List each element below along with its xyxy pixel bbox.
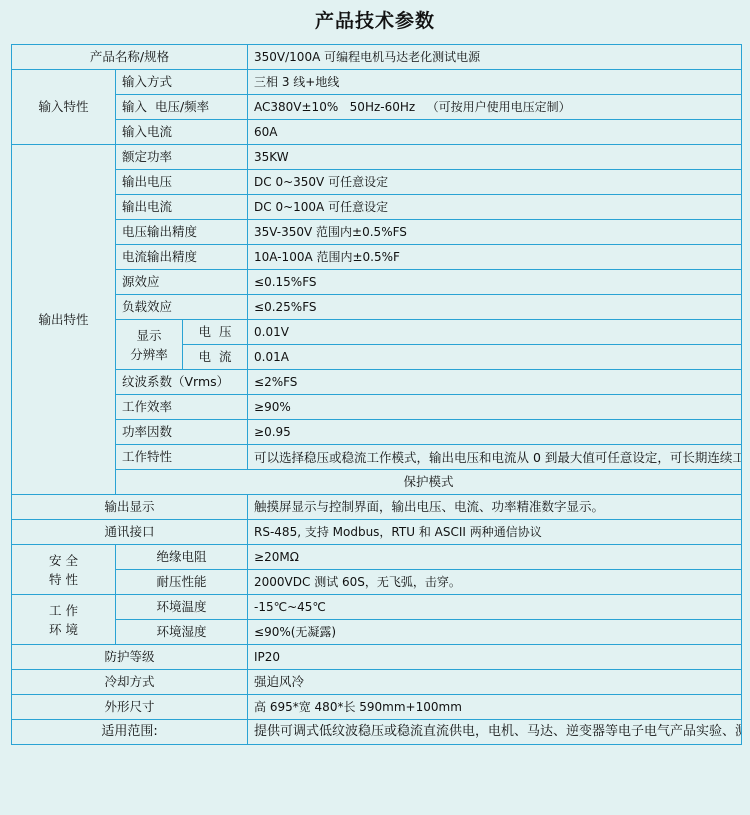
temperature-label: 环境温度 bbox=[116, 595, 248, 620]
environment-group-line2: 环 境 bbox=[49, 622, 78, 637]
page-title: 产品技术参数 bbox=[0, 6, 750, 33]
spec-table: 产品名称/规格 350V/100A 可编程电机马达老化测试电源 输入特性 输入方… bbox=[11, 44, 742, 745]
display-resolution-label-line1: 显示 bbox=[136, 328, 161, 343]
source-effect-label: 源效应 bbox=[116, 270, 248, 295]
input-voltage-label: 输入 电压/频率 bbox=[116, 95, 248, 120]
table-row: 纹波系数（Vrms） ≤2%FS bbox=[12, 370, 742, 395]
withstand-label: 耐压性能 bbox=[116, 570, 248, 595]
humidity-label: 环境湿度 bbox=[116, 620, 248, 645]
insulation-value: ≥20MΩ bbox=[248, 545, 742, 570]
input-current-value: 60A bbox=[248, 120, 742, 145]
table-row: 输出电压 DC 0~350V 可任意设定 bbox=[12, 170, 742, 195]
withstand-value: 2000VDC 测试 60S，无飞弧，击穿。 bbox=[248, 570, 742, 595]
input-group-label: 输入特性 bbox=[12, 70, 116, 145]
voltage-accuracy-label: 电压输出精度 bbox=[116, 220, 248, 245]
table-row: 环境湿度 ≤90%(无凝露) bbox=[12, 620, 742, 645]
humidity-value: ≤90%(无凝露) bbox=[248, 620, 742, 645]
product-name-value: 350V/100A 可编程电机马达老化测试电源 bbox=[248, 45, 742, 70]
table-row: 适用范围: 提供可调式低纹波稳压或稳流直流供电，电机、马达、逆变器等电子电气产品… bbox=[12, 720, 742, 745]
source-effect-value: ≤0.15%FS bbox=[248, 270, 742, 295]
cooling-value: 强迫风冷 bbox=[248, 670, 742, 695]
resolution-voltage-value: 0.01V bbox=[248, 320, 742, 345]
temperature-value: -15℃~45℃ bbox=[248, 595, 742, 620]
output-display-value: 触摸屏显示与控制界面，输出电压、电流、功率精准数字显示。 bbox=[248, 495, 742, 520]
environment-group-line1: 工 作 bbox=[49, 603, 78, 618]
voltage-accuracy-value: 35V-350V 范围内±0.5%FS bbox=[248, 220, 742, 245]
application-label: 适用范围: bbox=[12, 720, 248, 745]
comm-interface-label: 通讯接口 bbox=[12, 520, 248, 545]
display-resolution-label: 显示 分辨率 bbox=[116, 320, 183, 370]
table-row: 电流输出精度 10A-100A 范围内±0.5%F bbox=[12, 245, 742, 270]
product-name-label: 产品名称/规格 bbox=[12, 45, 248, 70]
current-accuracy-label: 电流输出精度 bbox=[116, 245, 248, 270]
input-current-label: 输入电流 bbox=[116, 120, 248, 145]
ripple-value: ≤2%FS bbox=[248, 370, 742, 395]
environment-group-label: 工 作 环 境 bbox=[12, 595, 116, 645]
display-resolution-label-line2: 分辨率 bbox=[130, 347, 168, 362]
efficiency-value: ≥90% bbox=[248, 395, 742, 420]
safety-group-line1: 安 全 bbox=[49, 553, 78, 568]
working-mode-value: 可以选择稳压或稳流工作模式，输出电压和电流从 0 到最大值可任意设定，可长期连续… bbox=[248, 445, 742, 470]
application-value: 提供可调式低纹波稳压或稳流直流供电，电机、马达、逆变器等电子电气产品实验、测试、… bbox=[248, 720, 742, 745]
working-mode-label: 工作特性 bbox=[116, 445, 248, 470]
table-row: 输出特性 额定功率 35KW bbox=[12, 145, 742, 170]
table-row: 输入电流 60A bbox=[12, 120, 742, 145]
cooling-label: 冷却方式 bbox=[12, 670, 248, 695]
ip-rating-label: 防护等级 bbox=[12, 645, 248, 670]
table-row: 保护模式 具有缺相、过温、过压、过流、短路等故障自动保护功能 bbox=[12, 470, 742, 495]
ripple-label: 纹波系数（Vrms） bbox=[116, 370, 248, 395]
power-factor-value: ≥0.95 bbox=[248, 420, 742, 445]
table-row: 电压输出精度 35V-350V 范围内±0.5%FS bbox=[12, 220, 742, 245]
output-group-label: 输出特性 bbox=[12, 145, 116, 495]
table-row: 负载效应 ≤0.25%FS bbox=[12, 295, 742, 320]
rated-power-label: 额定功率 bbox=[116, 145, 248, 170]
table-row: 输入 电压/频率 AC380V±10% 50Hz-60Hz （可按用户使用电压定… bbox=[12, 95, 742, 120]
input-voltage-value: AC380V±10% 50Hz-60Hz （可按用户使用电压定制） bbox=[248, 95, 742, 120]
load-effect-label: 负载效应 bbox=[116, 295, 248, 320]
input-method-label: 输入方式 bbox=[116, 70, 248, 95]
table-row: 外形尺寸 高 695*宽 480*长 590mm+100mm bbox=[12, 695, 742, 720]
output-voltage-value: DC 0~350V 可任意设定 bbox=[248, 170, 742, 195]
current-accuracy-value: 10A-100A 范围内±0.5%F bbox=[248, 245, 742, 270]
load-effect-value: ≤0.25%FS bbox=[248, 295, 742, 320]
table-row: 显示 分辨率 电 压 0.01V bbox=[12, 320, 742, 345]
dimensions-label: 外形尺寸 bbox=[12, 695, 248, 720]
table-row: 输入特性 输入方式 三相 3 线+地线 bbox=[12, 70, 742, 95]
table-row: 输出电流 DC 0~100A 可任意设定 bbox=[12, 195, 742, 220]
safety-group-label: 安 全 特 性 bbox=[12, 545, 116, 595]
table-row: 工 作 环 境 环境温度 -15℃~45℃ bbox=[12, 595, 742, 620]
output-display-label: 输出显示 bbox=[12, 495, 248, 520]
table-row: 工作效率 ≥90% bbox=[12, 395, 742, 420]
table-row: 耐压性能 2000VDC 测试 60S，无飞弧，击穿。 bbox=[12, 570, 742, 595]
output-current-label: 输出电流 bbox=[116, 195, 248, 220]
resolution-current-value: 0.01A bbox=[248, 345, 742, 370]
comm-interface-value: RS-485, 支持 Modbus，RTU 和 ASCII 两种通信协议 bbox=[248, 520, 742, 545]
output-voltage-label: 输出电压 bbox=[116, 170, 248, 195]
table-row: 冷却方式 强迫风冷 bbox=[12, 670, 742, 695]
table-row: 通讯接口 RS-485, 支持 Modbus，RTU 和 ASCII 两种通信协… bbox=[12, 520, 742, 545]
table-row: 产品名称/规格 350V/100A 可编程电机马达老化测试电源 bbox=[12, 45, 742, 70]
table-row: 功率因数 ≥0.95 bbox=[12, 420, 742, 445]
resolution-current-label: 电 流 bbox=[183, 345, 248, 370]
power-factor-label: 功率因数 bbox=[116, 420, 248, 445]
table-row: 安 全 特 性 绝缘电阻 ≥20MΩ bbox=[12, 545, 742, 570]
efficiency-label: 工作效率 bbox=[116, 395, 248, 420]
table-row: 工作特性 可以选择稳压或稳流工作模式，输出电压和电流从 0 到最大值可任意设定，… bbox=[12, 445, 742, 470]
rated-power-value: 35KW bbox=[248, 145, 742, 170]
insulation-label: 绝缘电阻 bbox=[116, 545, 248, 570]
table-row: 输出显示 触摸屏显示与控制界面，输出电压、电流、功率精准数字显示。 bbox=[12, 495, 742, 520]
input-method-value: 三相 3 线+地线 bbox=[248, 70, 742, 95]
protection-label: 保护模式 bbox=[116, 470, 742, 495]
ip-rating-value: IP20 bbox=[248, 645, 742, 670]
safety-group-line2: 特 性 bbox=[49, 572, 78, 587]
table-row: 源效应 ≤0.15%FS bbox=[12, 270, 742, 295]
table-row: 防护等级 IP20 bbox=[12, 645, 742, 670]
output-current-value: DC 0~100A 可任意设定 bbox=[248, 195, 742, 220]
resolution-voltage-label: 电 压 bbox=[183, 320, 248, 345]
dimensions-value: 高 695*宽 480*长 590mm+100mm bbox=[248, 695, 742, 720]
